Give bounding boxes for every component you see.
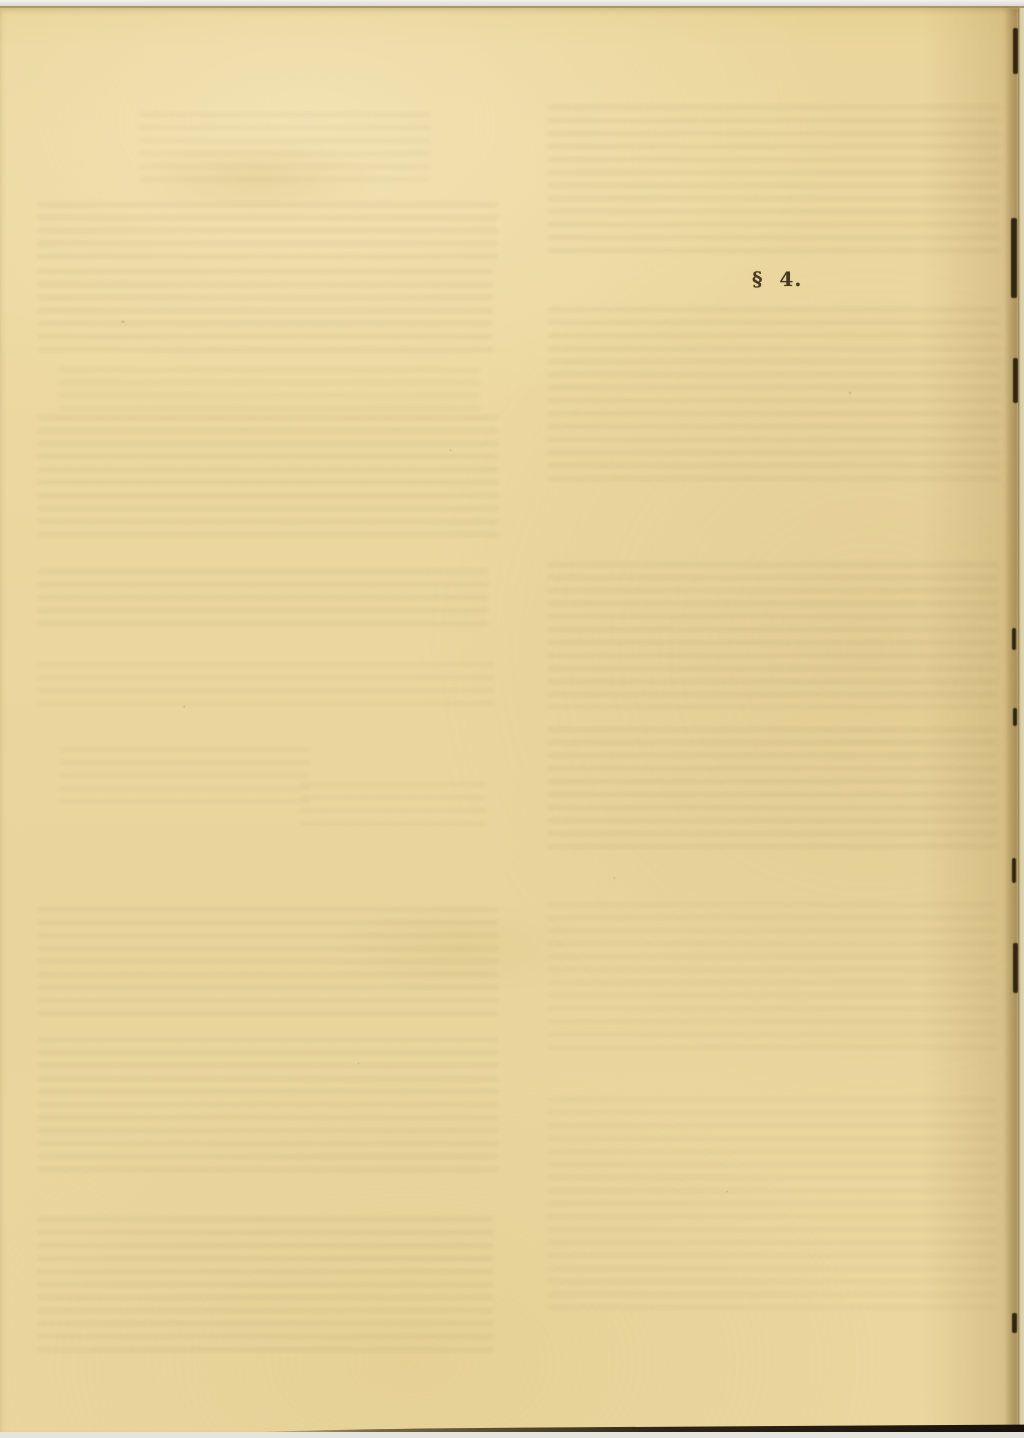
bleed-through-text-block — [140, 113, 430, 183]
binding-mark — [1012, 858, 1016, 883]
bleed-through-text-block — [548, 106, 1000, 261]
bleed-through-text-block — [548, 1098, 996, 1318]
binding-mark — [1012, 1313, 1017, 1333]
bleed-through-text-block — [548, 308, 1000, 483]
bleed-through-text-block — [38, 1038, 498, 1173]
bleed-through-text-block — [548, 903, 996, 1058]
bleed-through-text-block — [38, 663, 493, 715]
bleed-through-text-block — [548, 563, 998, 708]
binding-mark — [1011, 218, 1017, 298]
section-heading: § 4. — [752, 267, 802, 291]
paper-edge-sliver — [1018, 8, 1024, 1434]
scanned-page: § 4. — [0, 0, 1024, 1438]
bleed-through-text-block — [38, 270, 493, 360]
bleed-through-text-block — [38, 570, 488, 630]
bleed-through-text-block — [548, 728, 998, 858]
paper-sheet: § 4. — [0, 6, 1024, 1434]
scan-background-bottom — [0, 1432, 1024, 1438]
bleed-through-text-block — [38, 416, 498, 541]
binding-mark — [1013, 708, 1017, 726]
bleed-through-text-block — [60, 368, 480, 413]
bleed-through-text-block — [60, 748, 310, 808]
binding-mark — [1012, 628, 1016, 650]
bleed-through-text-block — [38, 1218, 493, 1358]
bleed-through-text-block — [38, 203, 498, 265]
scan-background-top — [0, 0, 1024, 6]
bleed-through-text-block — [38, 908, 498, 1023]
bleed-through-text-block — [300, 783, 485, 828]
